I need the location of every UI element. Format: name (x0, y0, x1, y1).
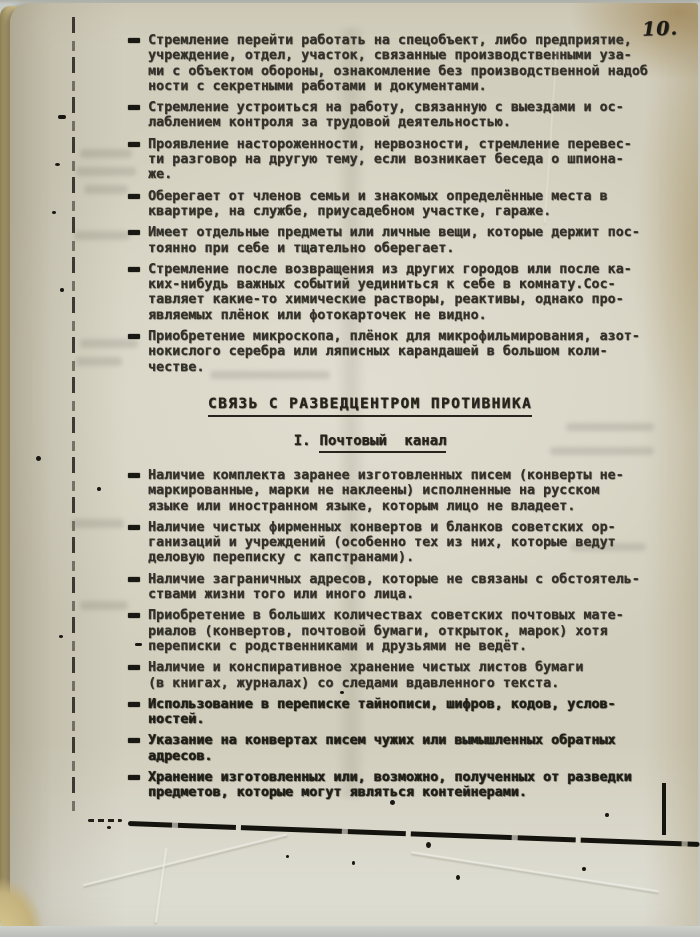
list-item-text: Приобретение в больших количествах совет… (148, 608, 624, 654)
list-item-text: Оберегает от членов семьи и знакомых опр… (148, 189, 608, 220)
speck (60, 288, 64, 292)
speck (58, 115, 66, 119)
list-item-text: Хранение изготовленных или, возможно, по… (148, 770, 632, 801)
speck (456, 875, 460, 880)
bullet-dash-icon (128, 613, 140, 618)
speck (605, 813, 609, 817)
subsection-heading: I.Почтовый канал (294, 432, 447, 450)
list-item: Проявление настороженности, нервозности,… (128, 137, 676, 183)
bullet-dash-icon (128, 702, 140, 707)
subsection-title: Почтовый канал (319, 433, 446, 453)
speck (390, 800, 395, 805)
list-item: Приобретение микроскопа, плёнок для микр… (128, 329, 676, 375)
speck (107, 826, 111, 829)
typewritten-content: Стремление перейти работать на спецобъек… (128, 29, 676, 807)
bullet-list-intro: Стремление перейти работать на спецобъек… (128, 33, 676, 375)
list-item-text: Проявление настороженности, нервозности,… (148, 137, 632, 183)
list-item: Стремление перейти работать на спецобъек… (128, 33, 676, 94)
list-item: Имеет отдельные предметы или личные вещи… (128, 225, 676, 256)
bullet-dash-icon (128, 525, 140, 530)
bleed-through (74, 231, 130, 240)
list-item-text: Наличие комплекта заранее изготовленных … (148, 468, 624, 514)
section-heading: СВЯЗЬ С РАЗВЕДЦЕНТРОМ ПРОТИВНИКА (208, 395, 532, 417)
ink-mark-right (662, 783, 666, 835)
speck (59, 635, 63, 638)
list-item-text: Стремление после возвращения из других г… (148, 262, 632, 323)
list-item: Оберегает от членов семьи и знакомых опр… (128, 189, 676, 220)
bullet-list-postal: Наличие комплекта заранее изготовленных … (128, 468, 676, 801)
bullet-dash-icon (128, 577, 140, 582)
list-item-text: Наличие заграничных адресов, которые не … (148, 572, 640, 603)
speck (97, 487, 101, 491)
bullet-dash-icon (128, 267, 140, 272)
list-item-text: Наличие и конспиративное хранение чистых… (148, 660, 583, 691)
bleed-through (80, 149, 132, 158)
bleed-through (76, 167, 136, 176)
speck (352, 861, 355, 865)
speck (582, 867, 586, 871)
speck (55, 163, 60, 166)
list-item-text: Использование в переписке тайнописи, шиф… (148, 697, 616, 728)
section-heading-row: СВЯЗЬ С РАЗВЕДЦЕНТРОМ ПРОТИВНИКА (96, 381, 644, 417)
list-item: Хранение изготовленных или, возможно, по… (128, 770, 676, 801)
crease-line (83, 834, 287, 887)
document-page: 10. Стремление перейти работать на спецо… (10, 3, 698, 927)
list-item: Наличие комплекта заранее изготовленных … (128, 468, 676, 514)
list-item: Наличие чистых фирменных конвертов и бла… (128, 520, 676, 566)
bullet-dash-icon (128, 665, 140, 670)
speck (135, 643, 142, 646)
bullet-dash-icon (128, 230, 140, 235)
speck (36, 456, 41, 461)
list-item: Наличие заграничных адресов, которые не … (128, 572, 676, 603)
bullet-dash-icon (128, 142, 140, 147)
list-item-text: Приобретение микроскопа, плёнок для микр… (148, 329, 640, 375)
bullet-dash-icon (128, 473, 140, 478)
crease-line (155, 848, 167, 923)
bullet-dash-icon (128, 105, 140, 110)
subsection-heading-row: I.Почтовый канал (96, 417, 644, 450)
bullet-dash-icon (128, 738, 140, 743)
crease-line (411, 851, 658, 892)
speck (52, 211, 56, 214)
bullet-dash-icon (128, 38, 140, 43)
ink-smudge-lead (88, 819, 122, 822)
subsection-numeral: I. (294, 433, 311, 449)
bleed-through (80, 601, 128, 610)
list-item: Указание на конвертах писем чужих или вы… (128, 733, 676, 764)
list-item: Стремление после возвращения из других г… (128, 262, 676, 323)
list-item: Наличие и конспиративное хранение чистых… (128, 660, 676, 691)
speck (340, 691, 344, 694)
bleed-through (76, 357, 122, 366)
bleed-through (84, 185, 128, 194)
list-item: Стремление устроиться на работу, связанн… (128, 100, 676, 131)
list-item-text: Указание на конвертах писем чужих или вы… (148, 733, 616, 764)
bullet-dash-icon (128, 775, 140, 780)
bleed-through (72, 519, 124, 528)
list-item: Приобретение в больших количествах совет… (128, 608, 676, 654)
bullet-dash-icon (128, 194, 140, 199)
bullet-dash-icon (128, 334, 140, 339)
list-item: Использование в переписке тайнописи, шиф… (128, 697, 676, 728)
list-item-text: Стремление перейти работать на спецобъек… (148, 33, 648, 94)
ink-smudge-line (128, 821, 700, 846)
list-item-text: Наличие чистых фирменных конвертов и бла… (148, 520, 616, 566)
binding-fold-line (72, 17, 75, 817)
photo-backdrop-bottom (0, 926, 700, 937)
speck (426, 842, 431, 848)
list-item-text: Имеет отдельные предметы или личные вещи… (148, 225, 640, 256)
speck (286, 855, 289, 858)
